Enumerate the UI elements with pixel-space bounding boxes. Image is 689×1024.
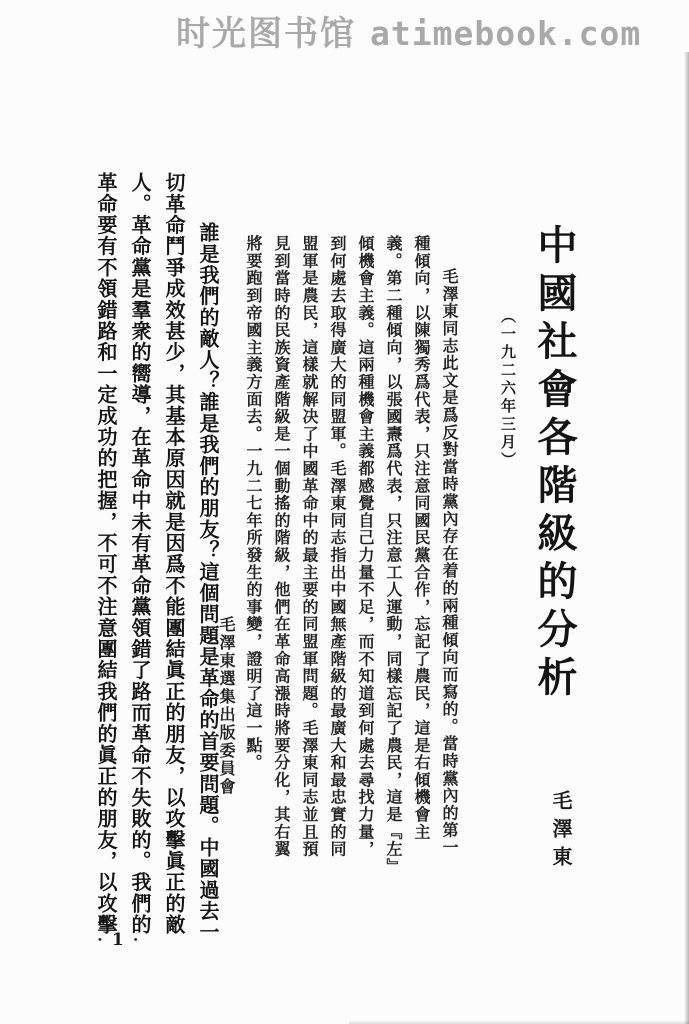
page-number-footer: • 1 •	[98, 930, 138, 950]
editors-note: 毛澤東同志此文是爲反對當時黨內存在着的兩種傾向而寫的。當時黨內的第一 種傾向，以…	[238, 235, 462, 890]
article-title: 中國社會各階級的分析	[526, 224, 583, 744]
watermark-site-name: 时光图书馆	[176, 15, 356, 53]
editors-note-column: 見到當時的民族資產階級是一個動搖的階級，他們在革命高漲時將要分化，其右翼	[266, 235, 294, 890]
scan-edge-shadow-right	[684, 52, 689, 1024]
page-number: 1	[112, 930, 124, 950]
article-date-note: （一九二六年三月）	[497, 308, 518, 498]
body-text: 誰是我們的敵人？誰是我們的朋友？這個問題是革命的首要問題。中國過去一 切革命鬥爭…	[86, 172, 224, 957]
scan-edge-shadow-bottom	[349, 1020, 689, 1024]
body-text-column: 切革命鬥爭成效甚少，其基本原因就是因爲不能團結眞正的朋友，以攻擊眞正的敵	[156, 172, 190, 957]
body-text-column: 革命要有不領錯路和一定成功的把握，不可不注意團結我們的眞正的朋友，以攻擊	[88, 172, 122, 957]
editors-note-column: 義。第二種傾向，以張國燾爲代表，只注意工人運動，同樣忘記了農民，這是『左』	[378, 235, 406, 890]
body-text-column: 誰是我們的敵人？誰是我們的朋友？這個問題是革命的首要問題。中國過去一	[190, 172, 224, 957]
editors-note-column: 傾機會主義。這兩種機會主義都感覺自己力量不足，而不知道到何處去尋找力量，	[350, 235, 378, 890]
footer-left-dot: •	[98, 934, 102, 946]
author-name: 毛澤東	[546, 790, 575, 910]
editors-note-column: 將要跑到帝國主義方面去。一九二七年所發生的事變，證明了這一點。	[238, 235, 266, 890]
editors-note-column: 種傾向，以陳獨秀爲代表，只注意同國民黨合作，忘記了農民，這是右傾機會主	[406, 235, 434, 890]
editors-note-column: 盟軍是農民，這樣就解决了中國革命中的最主要的同盟軍問題。毛澤東同志並且預	[294, 235, 322, 890]
watermark-site-url: atimebook.com	[370, 14, 641, 53]
watermark: 时光图书馆atimebook.com	[176, 6, 641, 55]
body-text-column: 人。革命黨是羣衆的嚮導，在革命中未有革命黨領錯了路而革命不失敗的。我們的	[122, 172, 156, 957]
editors-note-column: 毛澤東同志此文是爲反對當時黨內存在着的兩種傾向而寫的。當時黨內的第一	[434, 235, 462, 890]
scanned-book-page: 时光图书馆atimebook.com 中國社會各階級的分析 （一九二六年三月） …	[0, 0, 689, 1024]
footer-right-dot: •	[134, 934, 138, 946]
editors-note-column: 到何處去取得廣大的同盟軍。毛澤東同志指出中國無產階級的最廣大和最忠實的同	[322, 235, 350, 890]
